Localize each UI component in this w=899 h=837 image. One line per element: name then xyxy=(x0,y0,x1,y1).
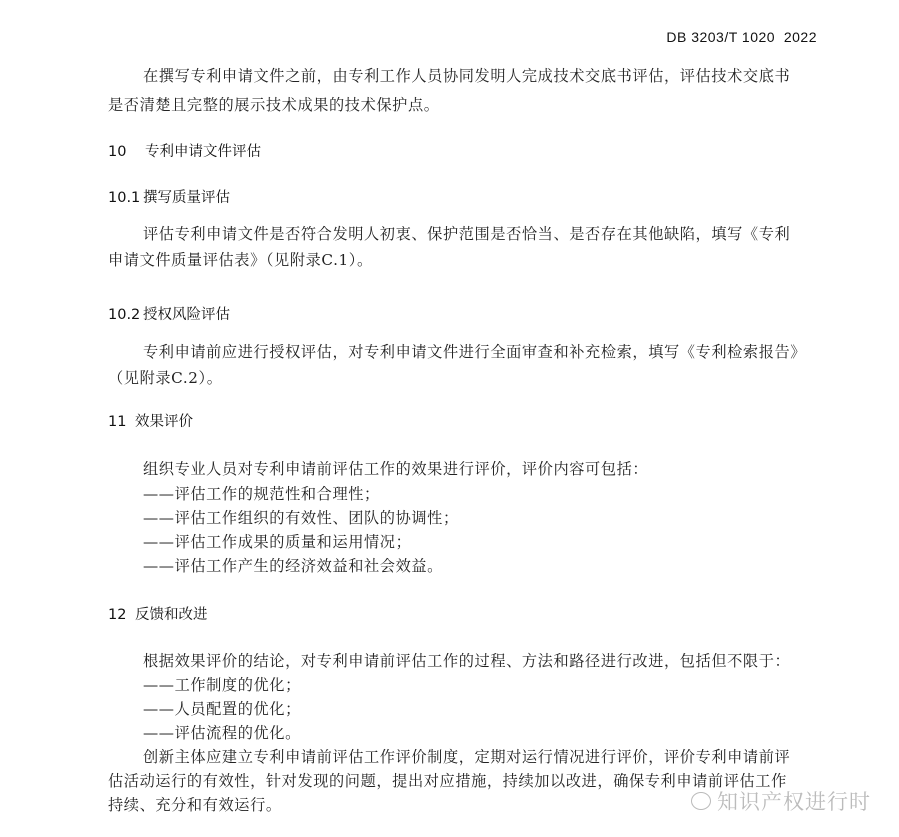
section-number: 10 xyxy=(108,142,145,162)
paragraph-line: （见附录C.2）。 xyxy=(108,367,824,389)
list-item: ——评估流程的优化。 xyxy=(143,722,859,744)
paragraph-line: 评估专利申请文件是否符合发明人初衷、保护范围是否恰当、是否存在其他缺陷，填写《专… xyxy=(143,223,859,245)
section-heading-12: 12反馈和改进 xyxy=(108,605,208,625)
section-number: 12 xyxy=(108,605,135,625)
wechat-icon xyxy=(691,792,711,810)
section-title: 反馈和改进 xyxy=(135,607,208,623)
list-item: ——工作制度的优化； xyxy=(143,674,859,696)
list-item: ——人员配置的优化； xyxy=(143,698,859,720)
paragraph-line: 申请文件质量评估表》（见附录C.1）。 xyxy=(108,249,824,271)
section-title: 专利申请文件评估 xyxy=(145,144,261,160)
section-number: 10.1 xyxy=(108,188,143,208)
section-title: 撰写质量评估 xyxy=(143,190,230,206)
list-item: ——评估工作组织的有效性、团队的协调性； xyxy=(143,507,859,529)
section-heading-10: 10专利申请文件评估 xyxy=(108,142,261,162)
intro-paragraph-line: 是否清楚且完整的展示技术成果的技术保护点。 xyxy=(108,94,824,116)
section-number: 10.2 xyxy=(108,305,143,325)
paragraph-line: 创新主体应建立专利申请前评估工作评价制度，定期对运行情况进行评价，评价专利申请前… xyxy=(143,746,859,768)
section-title: 授权风险评估 xyxy=(143,307,230,323)
section-number: 11 xyxy=(108,412,135,432)
list-item: ——评估工作成果的质量和运用情况； xyxy=(143,531,859,553)
document-standard-number: DB 3203/T 1020 2022 xyxy=(666,29,817,45)
list-item: ——评估工作产生的经济效益和社会效益。 xyxy=(143,555,859,577)
watermark: 知识产权进行时 xyxy=(691,786,871,816)
section-heading-11: 11效果评价 xyxy=(108,412,193,432)
section-heading-10-1: 10.1撰写质量评估 xyxy=(108,188,230,208)
paragraph-line: 组织专业人员对专利申请前评估工作的效果进行评价，评价内容可包括： xyxy=(143,458,859,480)
section-title: 效果评价 xyxy=(135,414,193,430)
paragraph-line: 根据效果评价的结论，对专利申请前评估工作的过程、方法和路径进行改进，包括但不限于… xyxy=(143,650,859,672)
watermark-text: 知识产权进行时 xyxy=(717,790,871,814)
paragraph-line: 专利申请前应进行授权评估，对专利申请文件进行全面审查和补充检索，填写《专利检索报… xyxy=(143,341,859,363)
intro-paragraph-line: 在撰写专利申请文件之前，由专利工作人员协同发明人完成技术交底书评估，评估技术交底… xyxy=(143,65,859,87)
section-heading-10-2: 10.2授权风险评估 xyxy=(108,305,230,325)
list-item: ——评估工作的规范性和合理性； xyxy=(143,483,859,505)
